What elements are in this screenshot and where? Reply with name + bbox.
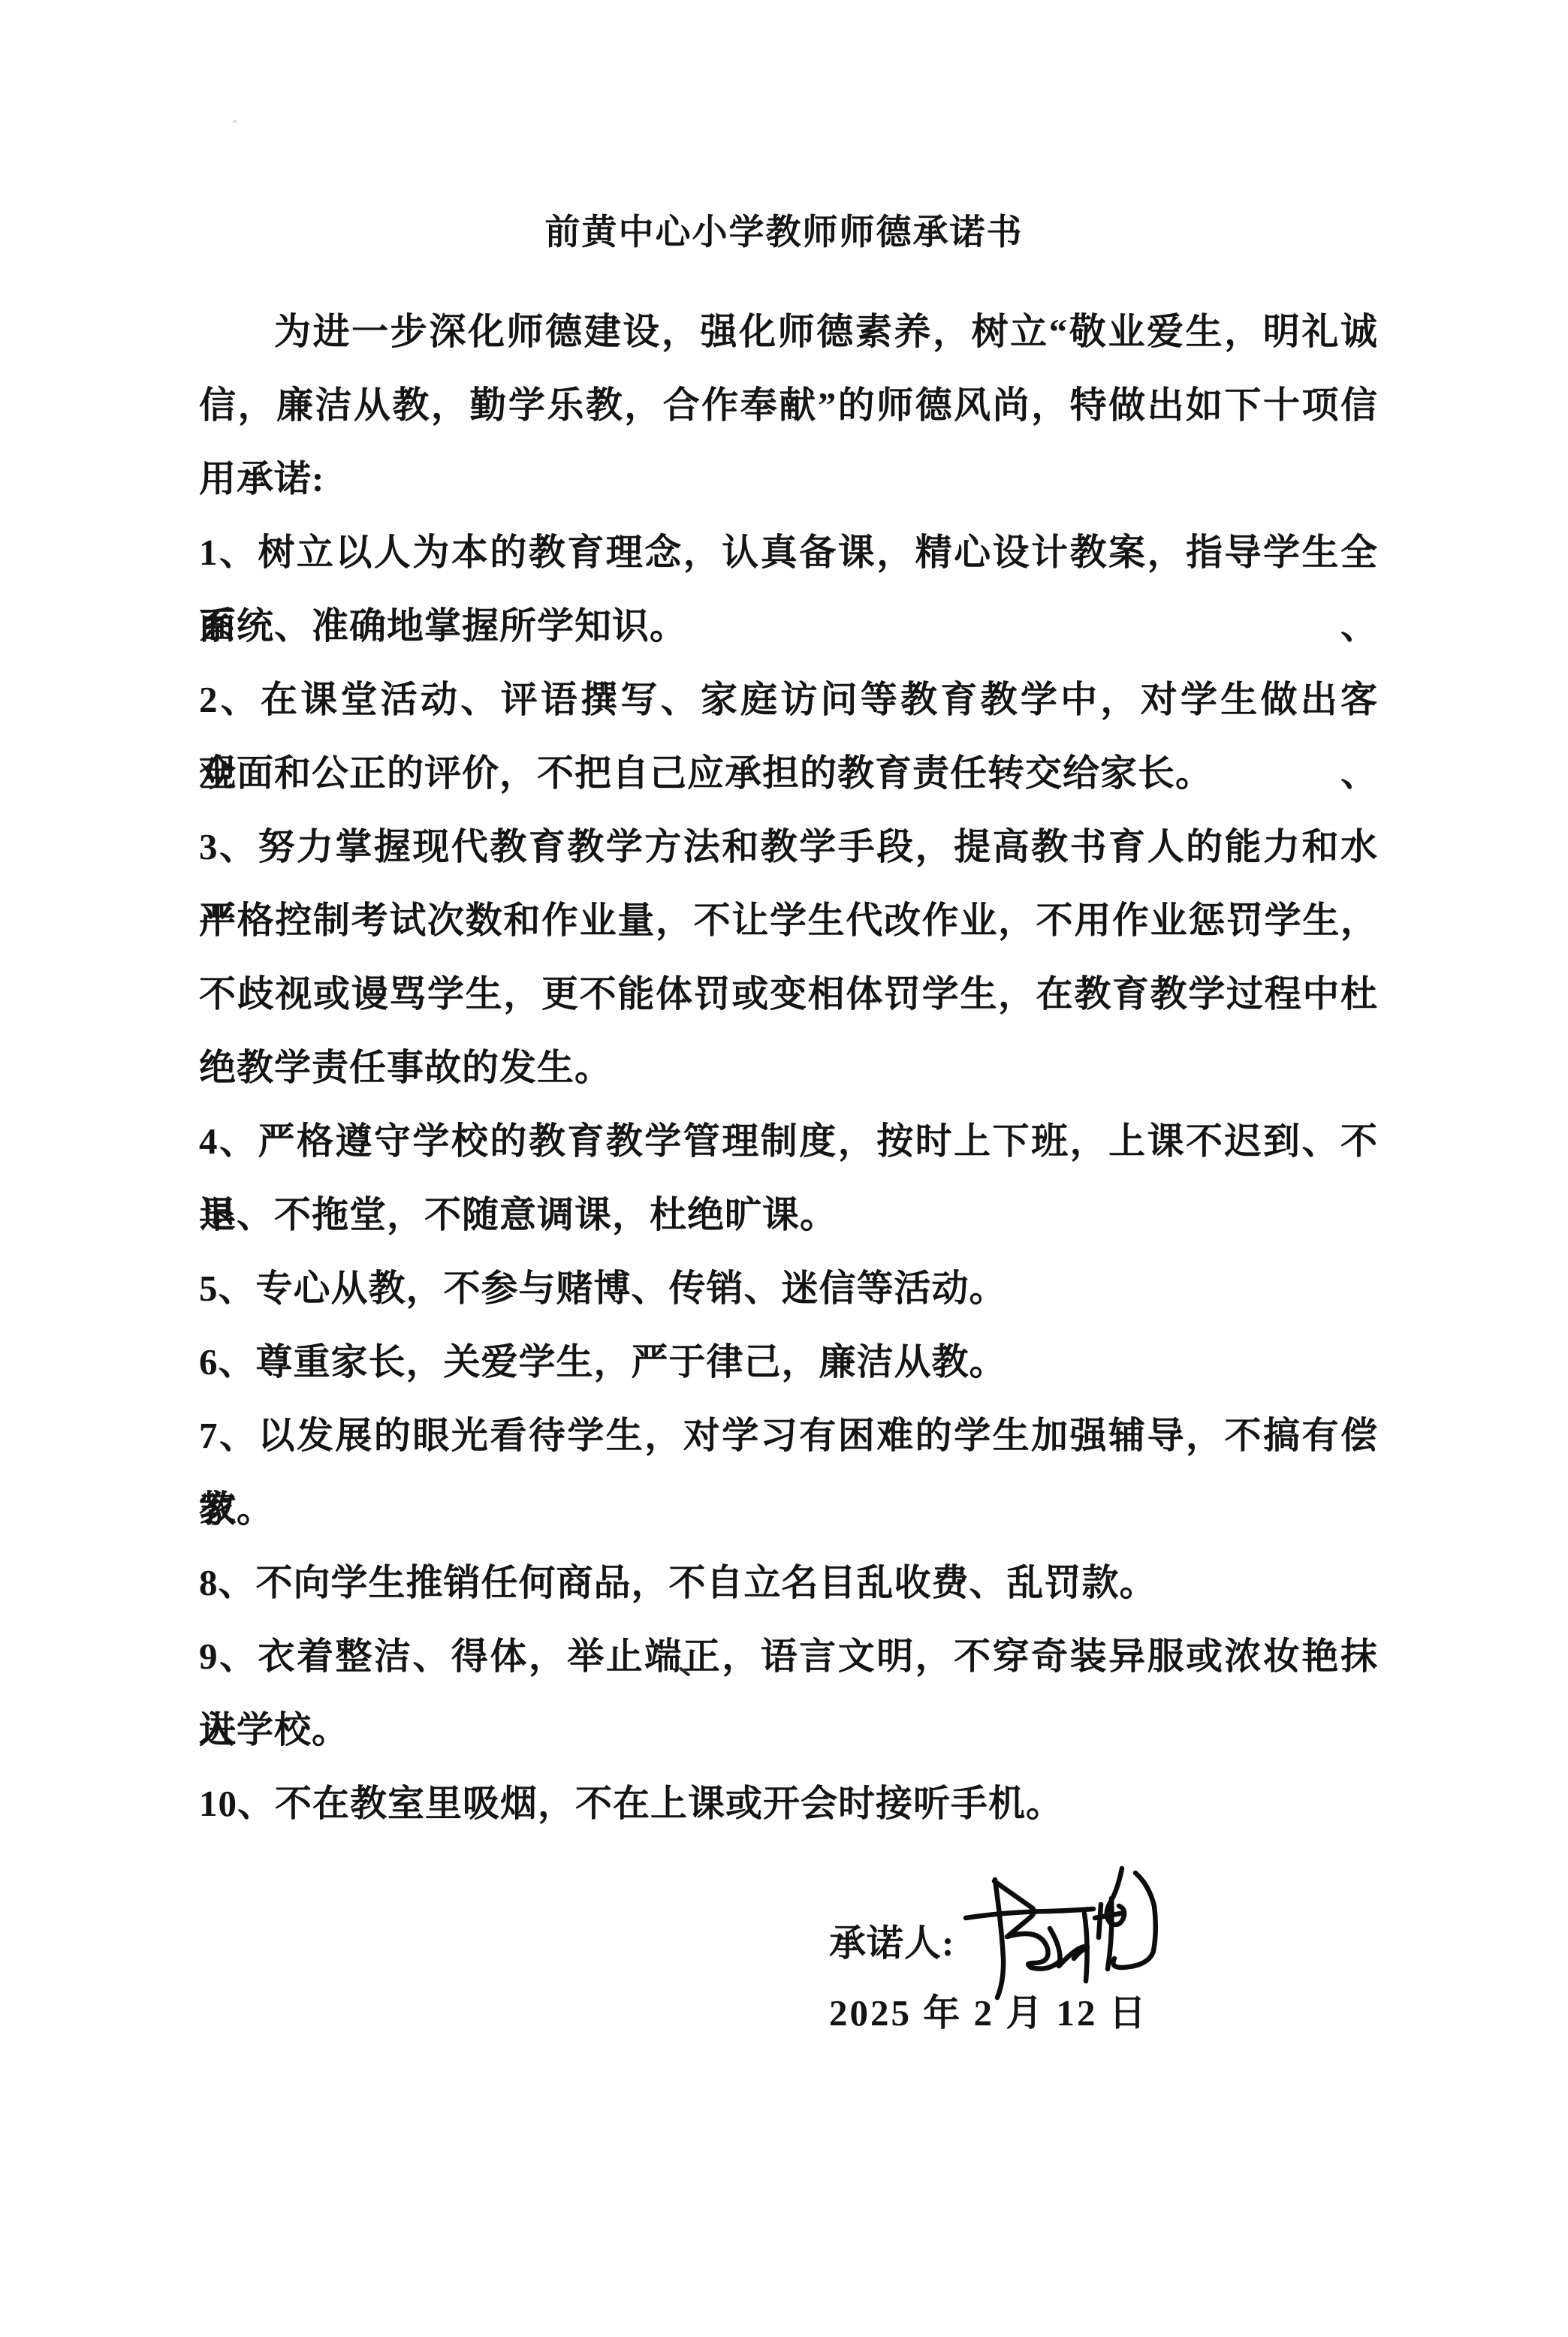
text-line: 教。 — [199, 1473, 1378, 1546]
text-line: 3、努力掌握现代教育教学方法和教学手段，提高教书育人的能力和水平， — [199, 810, 1378, 884]
text-line: 系统、准确地掌握所学知识。 — [199, 590, 1378, 663]
text-line: 全面和公正的评价，不把自己应承担的教育责任转交给家长。 — [199, 737, 1378, 810]
text-line: 1、树立以人为本的教育理念，认真备课，精心设计教案，指导学生全面、 — [199, 516, 1378, 590]
text-line: 为进一步深化师德建设，强化师德素养，树立“敬业爱生，明礼诚 — [199, 295, 1378, 369]
text-line: 5、专心从教，不参与赌博、传销、迷信等活动。 — [199, 1252, 1378, 1325]
text-line: 用承诺: — [199, 442, 1378, 516]
text-line: 6、尊重家长，关爱学生，严于律己，廉洁从教。 — [199, 1325, 1378, 1399]
text-line: 2、在课堂活动、评语撰写、家庭访问等教育教学中，对学生做出客观、 — [199, 663, 1378, 737]
scanned-document-page: 前黄中心小学教师师德承诺书 为进一步深化师德建设，强化师德素养，树立“敬业爱生，… — [0, 0, 1568, 2337]
text-line: 8、不向学生推销任何商品，不自立名目乱收费、乱罚款。 — [199, 1546, 1378, 1620]
text-line: 4、严格遵守学校的教育教学管理制度，按时上下班，上课不迟到、不早 — [199, 1105, 1378, 1178]
signature-stroke — [1050, 1928, 1087, 1966]
date-line: 2025 年 2 月 12 日 — [829, 1980, 1148, 2047]
document-title: 前黄中心小学教师师德承诺书 — [0, 209, 1568, 257]
signature-stroke — [1084, 1913, 1087, 1981]
text-line: 退、不拖堂，不随意调课，杜绝旷课。 — [199, 1178, 1378, 1252]
text-line: 9、衣着整洁、得体，举止端正，语言文明，不穿奇装异服或浓妆艳抹进 — [199, 1620, 1378, 1693]
text-line: 10、不在教室里吸烟，不在上课或开会时接听手机。 — [199, 1767, 1378, 1841]
signatory-label: 承诺人: — [829, 1907, 954, 1979]
text-line: 入学校。 — [199, 1693, 1378, 1767]
text-line: 不歧视或谩骂学生，更不能体罚或变相体罚学生，在教育教学过程中杜 — [199, 957, 1378, 1031]
text-line: 7、以发展的眼光看待学生，对学习有困难的学生加强辅导，不搞有偿家 — [199, 1399, 1378, 1473]
text-line: 绝教学责任事故的发生。 — [199, 1031, 1378, 1105]
text-line: 信，廉洁从教，勤学乐教，合作奉献”的师德风尚，特做出如下十项信 — [199, 369, 1378, 442]
text-line: 严格控制考试次数和作业量，不让学生代改作业，不用作业惩罚学生， — [199, 884, 1378, 957]
scan-speck — [233, 120, 237, 123]
